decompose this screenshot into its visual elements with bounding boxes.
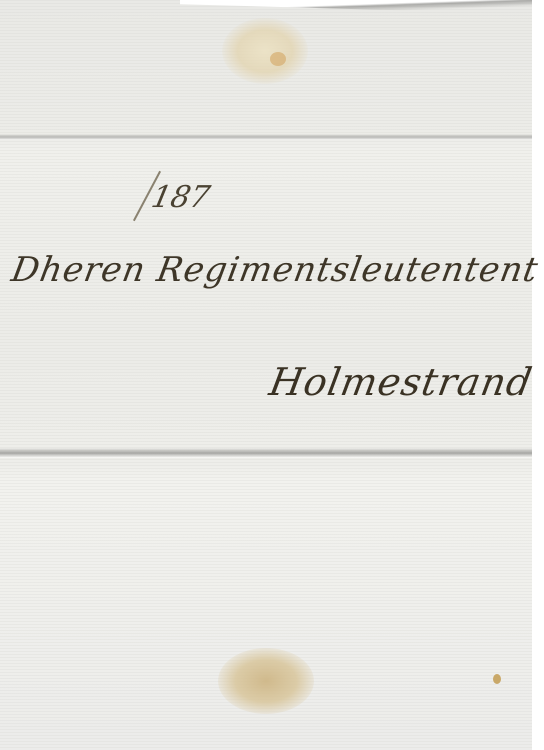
handwritten-place: Holmestrand: [266, 360, 536, 404]
letter-paper: 187 Dheren Regimentsleutentent Holmestra…: [0, 0, 532, 750]
wax-seal-stain-top: [222, 18, 308, 84]
handwritten-number: 187: [148, 180, 213, 215]
stain-spot: [493, 674, 501, 684]
wax-seal-stain-bottom: [218, 648, 314, 714]
fold-line-upper: [0, 134, 532, 140]
torn-top-edge: [180, 0, 532, 14]
fold-line-lower: [0, 448, 532, 458]
handwritten-addressee: Dheren Regimentsleutentent: [8, 250, 541, 290]
